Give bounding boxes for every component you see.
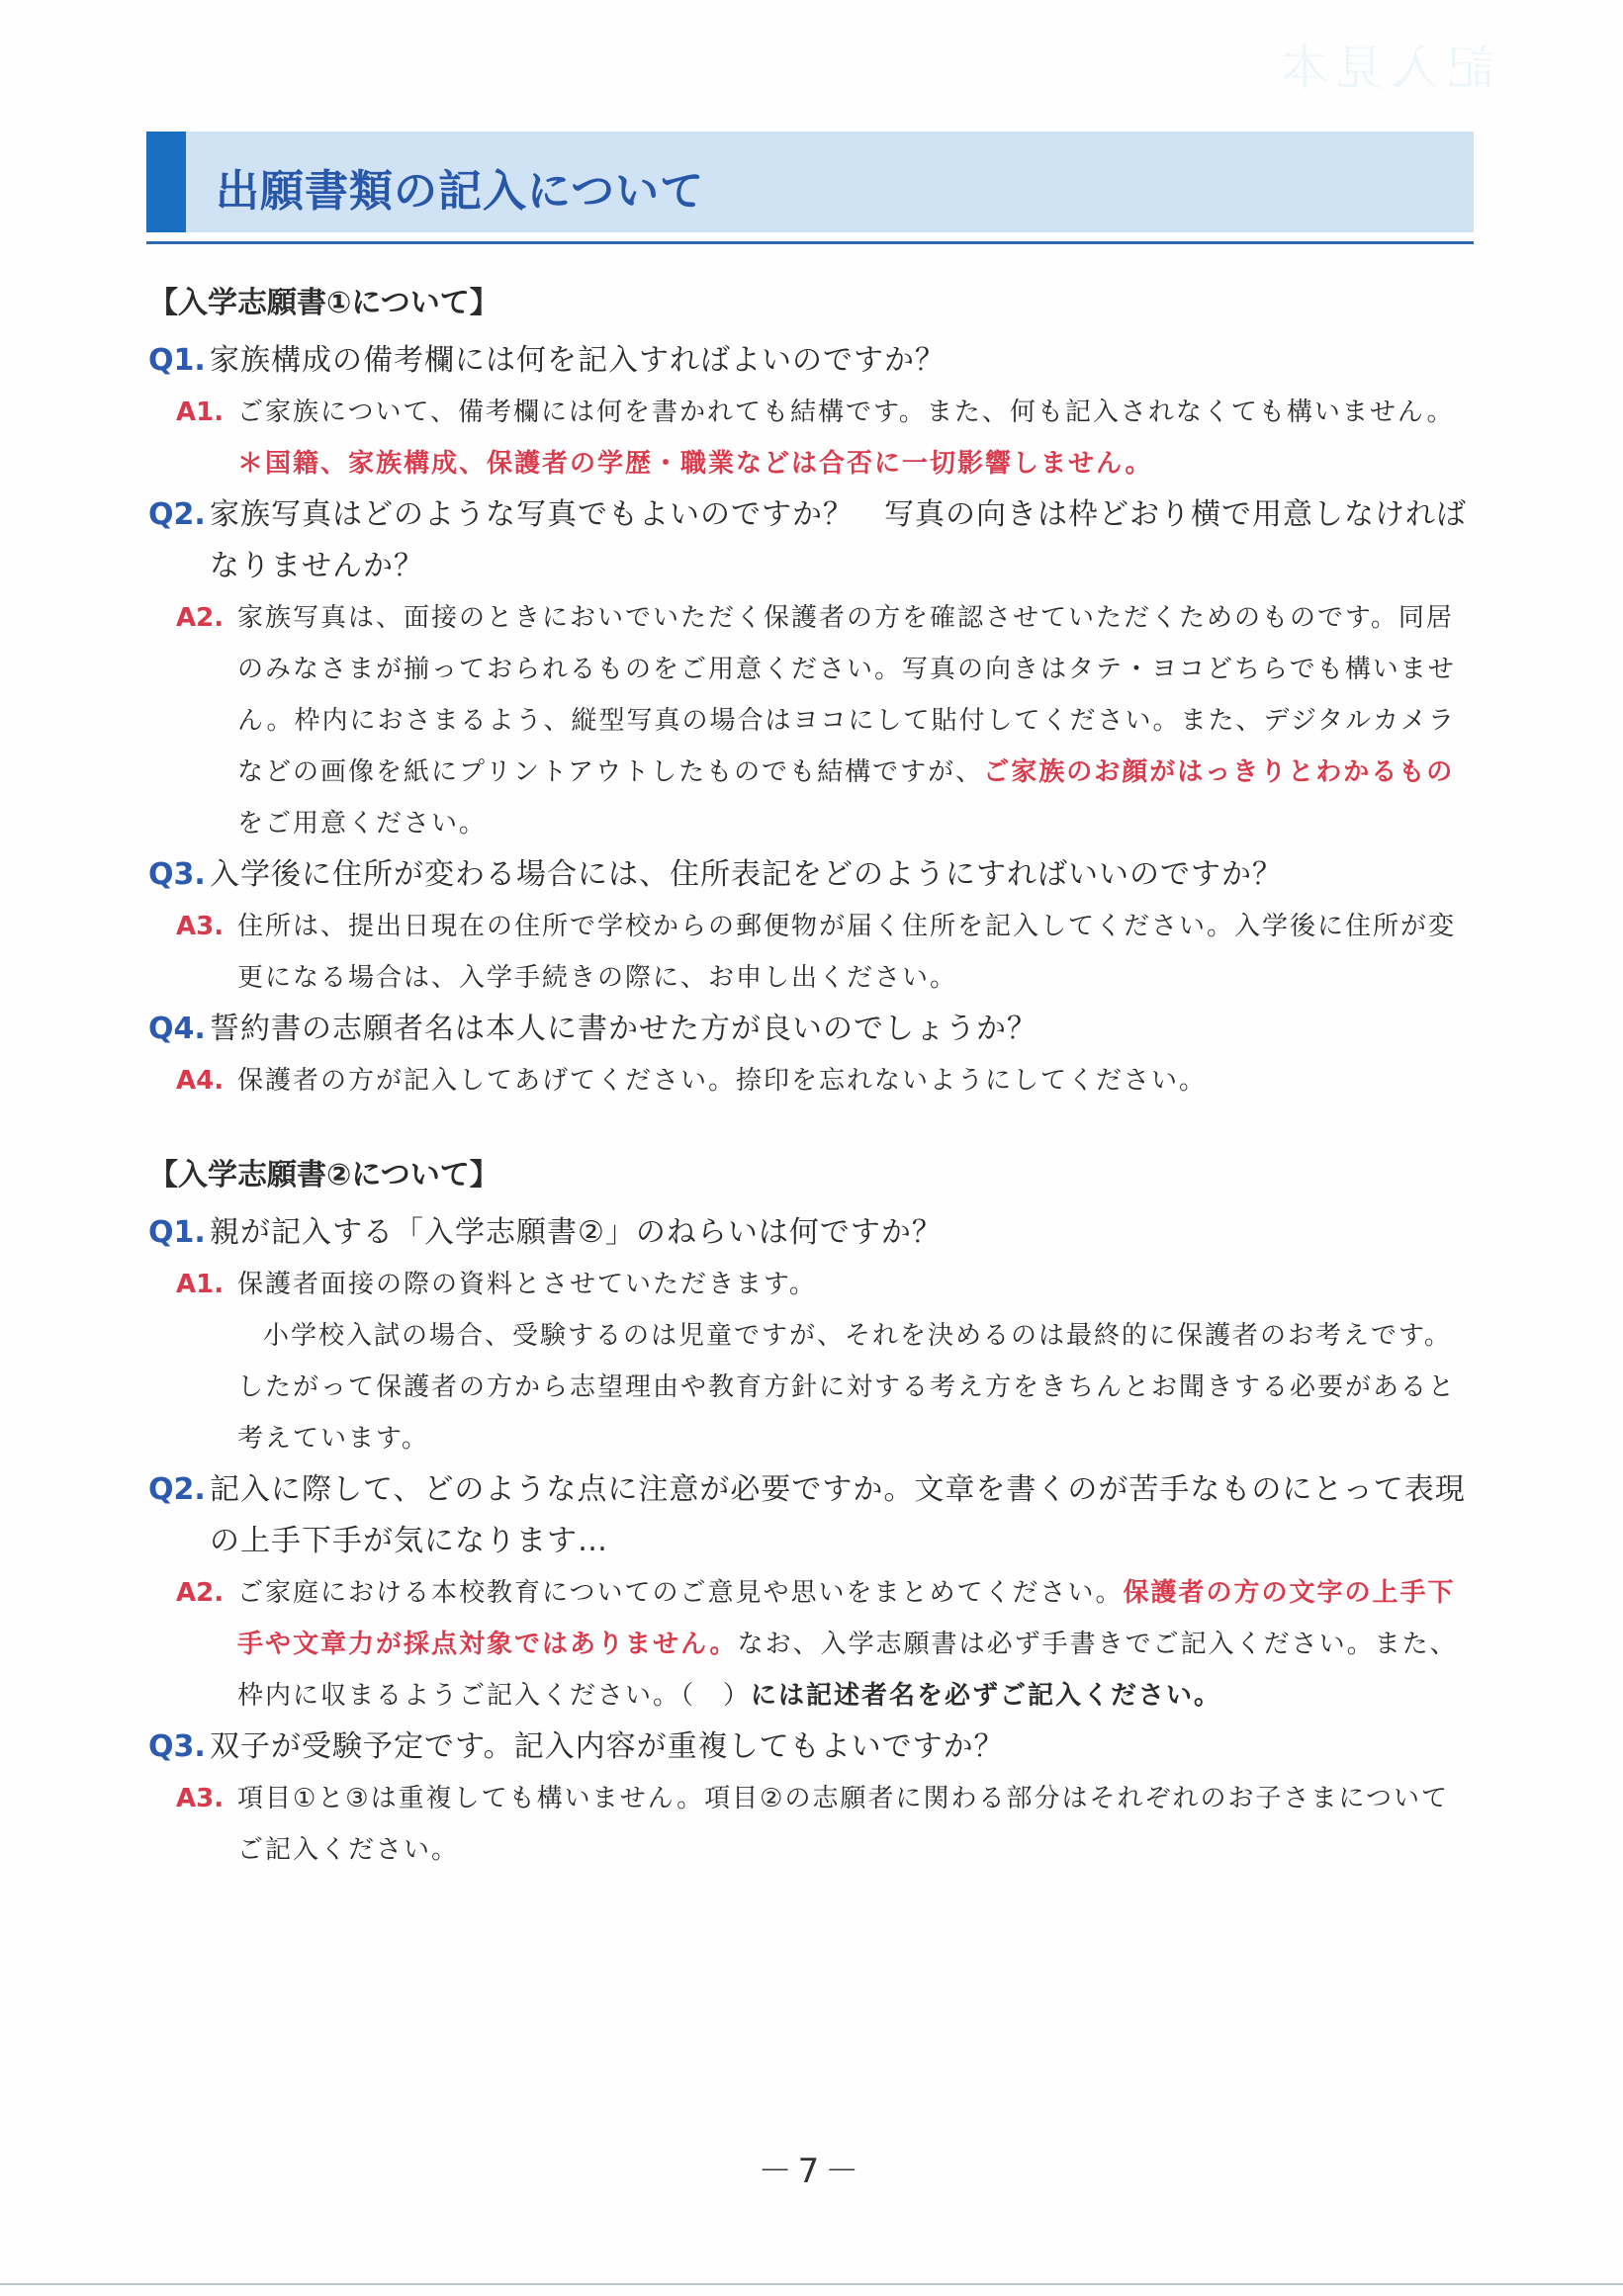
question-text: 親が記入する「入学志願書②」のねらいは何ですか？ [210,1215,943,1250]
question: Q4. 誓約書の志願者名は本人に書かせた方が良いのでしょうか？ [148,1004,1474,1055]
answer-text: 住所は、提出日現在の住所で学校からの郵便物が届く住所を記入してください。入学後に… [237,912,1456,993]
question: Q1. 家族構成の備考欄には何を記入すればよいのですか？ [148,335,1474,387]
question-label: Q3. [148,1722,206,1773]
answer-label: A4. [176,1055,224,1106]
question-label: Q1. [148,335,206,387]
section-spacer [148,1106,1474,1154]
section-heading: 【入学志願書②について】 [148,1154,1474,1197]
answer: A3. 住所は、提出日現在の住所で学校からの郵便物が届く住所を記入してください。… [148,901,1474,1004]
question-text: 入学後に住所が変わる場合には、住所表記をどのようにすればいいのですか？ [210,857,1283,892]
answer: A1. 保護者面接の際の資料とさせていただきます。 小学校入試の場合、受験するの… [148,1259,1474,1464]
question-text: 誓約書の志願者名は本人に書かせた方が良いのでしょうか？ [210,1012,1037,1046]
answer-label: A3. [176,1773,224,1824]
qa-item: Q2. 記入に際して、どのような点に注意が必要ですか。文章を書くのが苦手なものに… [148,1464,1474,1722]
section-application-form-1: 【入学志願書①について】 Q1. 家族構成の備考欄には何を記入すればよいのですか… [148,282,1474,1106]
answer-label: A2. [176,592,224,644]
title-underline [146,241,1474,244]
answer-emphasis: ご家族のお顔がはっきりとわかるもの [983,757,1454,787]
question-text: 家族写真はどのような写真でもよいのですか？ 写真の向きは枠どおり横で用意しなけれ… [210,497,1467,583]
answer: A3. 項目①と③は重複しても構いません。項目②の志願者に関わる部分はそれぞれの… [148,1773,1474,1876]
answer-text: ご家庭における本校教育についてのご意見や思いをまとめてください。 [237,1578,1123,1608]
answer: A4. 保護者の方が記入してあげてください。捺印を忘れないようにしてください。 [148,1055,1474,1106]
question-text: 家族構成の備考欄には何を記入すればよいのですか？ [210,343,946,378]
question-label: Q4. [148,1004,206,1055]
section-heading: 【入学志願書①について】 [148,282,1474,325]
document-page: 記入見本 出願書類の記入について 【入学志願書①について】 Q1. 家族構成の備… [0,0,1623,2296]
qa-item: Q1. 親が記入する「入学志願書②」のねらいは何ですか？ A1. 保護者面接の際… [148,1207,1474,1464]
question-label: Q1. [148,1207,206,1259]
question: Q2. 記入に際して、どのような点に注意が必要ですか。文章を書くのが苦手なものに… [148,1464,1474,1567]
answer-label: A1. [176,387,224,438]
question-label: Q3. [148,849,206,901]
answer-text: 項目①と③は重複しても構いません。項目②の志願者に関わる部分はそれぞれのお子さま… [237,1784,1449,1865]
title-banner: 出願書類の記入について [146,132,1474,232]
question: Q2. 家族写真はどのような写真でもよいのですか？ 写真の向きは枠どおり横で用意… [148,489,1474,592]
title-accent-bar [146,132,186,232]
page-title: 出願書類の記入について [216,155,704,219]
qa-item: Q3. 双子が受験予定です。記入内容が重複してもよいですか？ A3. 項目①と③… [148,1722,1474,1876]
question-text: 双子が受験予定です。記入内容が重複してもよいですか？ [210,1729,1005,1764]
answer: A2. ご家庭における本校教育についてのご意見や思いをまとめてください。保護者の… [148,1567,1474,1722]
answer-text: 保護者の方が記入してあげてください。捺印を忘れないようにしてください。 [237,1066,1207,1096]
answer-bold-note: には記述者名を必ずご記入ください。 [751,1681,1221,1711]
answer-paragraph: 小学校入試の場合、受験するのは児童ですが、それを決めるのは最終的に保護者のお考え… [237,1321,1456,1454]
answer-text: をご用意ください。 [237,809,487,839]
bottom-edge-line [0,2283,1623,2285]
page-number: －7－ [0,2144,1623,2192]
answer-text: 保護者面接の際の資料とさせていただきます。 [237,1270,817,1299]
answer-emphasis: ＊国籍、家族構成、保護者の学歴・職業などは合否に一切影響しません。 [237,449,1153,479]
qa-item: Q2. 家族写真はどのような写真でもよいのですか？ 写真の向きは枠どおり横で用意… [148,489,1474,849]
qa-item: Q4. 誓約書の志願者名は本人に書かせた方が良いのでしょうか？ A4. 保護者の… [148,1004,1474,1106]
question: Q3. 双子が受験予定です。記入内容が重複してもよいですか？ [148,1722,1474,1773]
answer-label: A1. [176,1259,224,1310]
qa-item: Q1. 家族構成の備考欄には何を記入すればよいのですか？ A1. ご家族について… [148,335,1474,489]
question: Q1. 親が記入する「入学志願書②」のねらいは何ですか？ [148,1207,1474,1259]
answer-label: A2. [176,1567,224,1619]
show-through-watermark: 記入見本 [1273,30,1494,98]
question-label: Q2. [148,1464,206,1516]
question: Q3. 入学後に住所が変わる場合には、住所表記をどのようにすればいいのですか？ [148,849,1474,901]
answer-label: A3. [176,901,224,952]
answer: A2. 家族写真は、面接のときにおいでいただく保護者の方を確認させていただくため… [148,592,1474,849]
question-label: Q2. [148,489,206,541]
faq-content: 【入学志願書①について】 Q1. 家族構成の備考欄には何を記入すればよいのですか… [148,282,1474,1876]
answer: A1. ご家族について、備考欄には何を書かれても結構です。また、何も記入されなく… [148,387,1474,489]
qa-item: Q3. 入学後に住所が変わる場合には、住所表記をどのようにすればいいのですか？ … [148,849,1474,1004]
answer-text: ご家族について、備考欄には何を書かれても結構です。また、何も記入されなくても構い… [237,397,1454,427]
section-application-form-2: 【入学志願書②について】 Q1. 親が記入する「入学志願書②」のねらいは何ですか… [148,1154,1474,1876]
question-text: 記入に際して、どのような点に注意が必要ですか。文章を書くのが苦手なものにとって表… [210,1472,1466,1558]
